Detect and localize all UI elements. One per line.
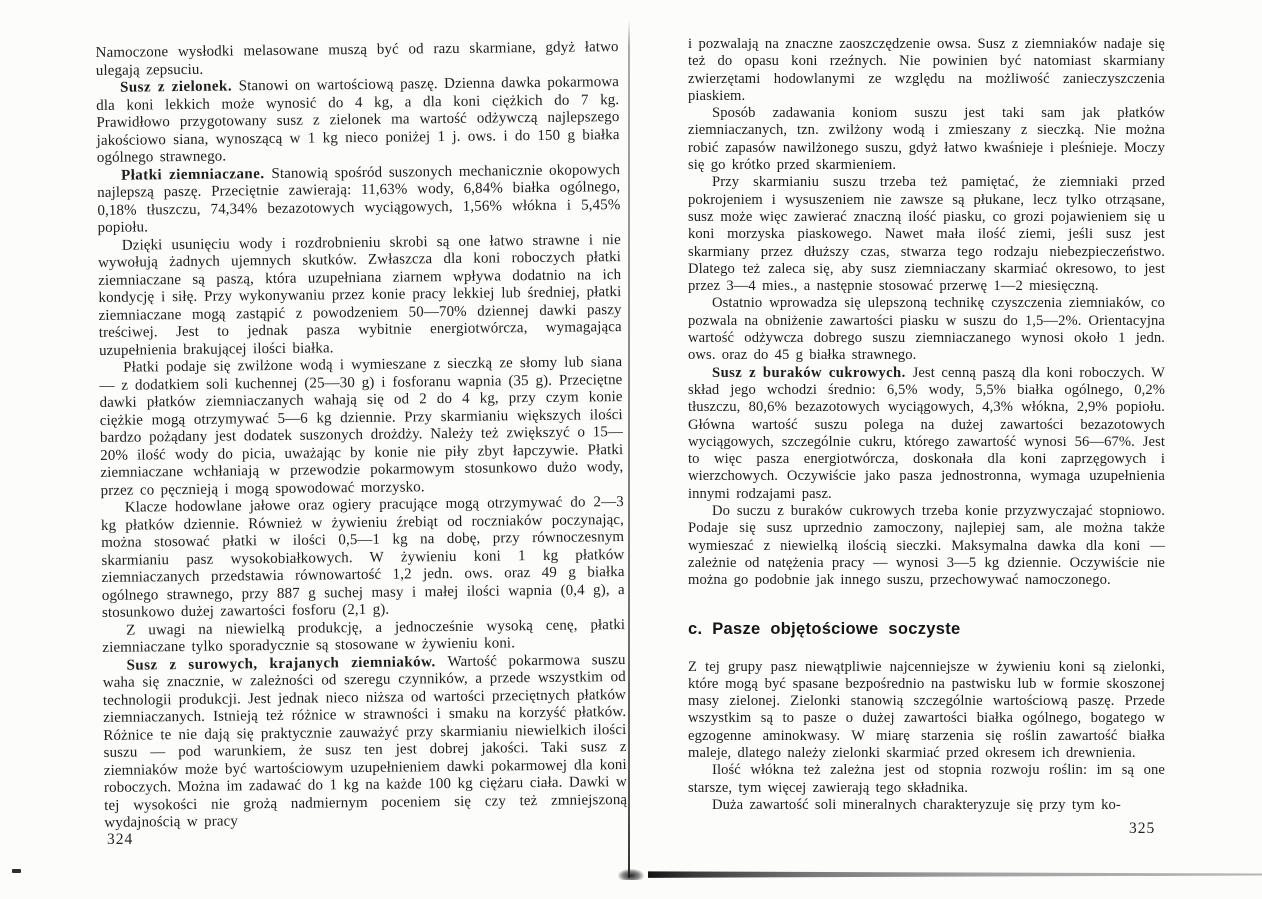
paragraph: Z tej grupy pasz niewątpliwie najcenniej… (688, 659, 1165, 763)
gutter-shadow-foot (618, 869, 644, 880)
paragraph: Ostatnio wprowadza się ulepszoną technik… (688, 295, 1165, 364)
paragraph-text: i pozwalają na znaczne zaoszczędzenie ow… (688, 36, 1165, 104)
paragraph: Ilość włókna też zależna jest od stopnia… (688, 762, 1165, 797)
paragraph-text: Dzięki usunięciu wody i rozdrobnieniu sk… (98, 232, 622, 359)
paragraph: Przy skarmianiu suszu trzeba też pamięta… (688, 174, 1165, 295)
paragraph-text: Jest cenną paszą dla koni roboczych. W s… (688, 365, 1165, 502)
paragraph: Susz z buraków cukrowych. Jest cenną pas… (688, 365, 1165, 503)
paragraph-text: Z tej grupy pasz niewątpliwie najcenniej… (688, 659, 1165, 761)
paragraph: Do suczu z buraków cukrowych trzeba koni… (688, 503, 1165, 589)
paragraph-text: Sposób zadawania koniom suszu jest taki … (688, 105, 1165, 173)
book-spread: Namoczone wysłodki melasowane muszą być … (0, 0, 1262, 899)
paragraph-text: Klacze hodowlane jałowe oraz ogiery prac… (101, 494, 625, 621)
paragraph-text: Płatki podaje się zwilżone wodą i wymies… (99, 354, 623, 498)
scan-stray-mark (12, 869, 21, 873)
paragraph: Susz z surowych, krajanych ziemniaków. W… (102, 652, 627, 833)
page-edge-shadow (648, 871, 1262, 878)
paragraph-text: Z uwagi na niewielką produkcję, a jednoc… (102, 617, 625, 656)
paragraph: Z uwagi na niewielką produkcję, a jednoc… (102, 617, 625, 658)
paragraph: Dzięki usunięciu wody i rozdrobnieniu sk… (98, 232, 622, 360)
paragraph-text: Przy skarmianiu suszu trzeba też pamięta… (688, 174, 1165, 294)
paragraph: Namoczone wysłodki melasowane muszą być … (96, 39, 619, 80)
paragraph-text: Namoczone wysłodki melasowane muszą być … (96, 39, 619, 78)
paragraph-text: Ilość włókna też zależna jest od stopnia… (688, 762, 1165, 795)
paragraph: Susz z zielonek. Stanowi on wartościową … (96, 74, 620, 167)
paragraph-text: Ostatnio wprowadza się ulepszoną technik… (688, 295, 1165, 363)
paragraph: Płatki podaje się zwilżone wodą i wymies… (99, 354, 624, 500)
paragraph-lead: Płatki ziemniaczane. (121, 166, 272, 184)
paragraph: Płatki ziemniaczane. Stanowią spośród su… (97, 162, 621, 238)
paragraph: Sposób zadawania koniom suszu jest taki … (688, 105, 1165, 174)
paragraph-lead: Susz z surowych, krajanych ziemniaków. (126, 654, 447, 674)
paragraph-lead: Susz z zielonek. (120, 78, 239, 95)
paragraph-text: Duża zawartość soli mineralnych charakte… (712, 797, 1121, 813)
paragraph: Duża zawartość soli mineralnych charakte… (688, 797, 1165, 814)
section-heading: c. Pasze objętościowe soczyste (688, 620, 1165, 639)
gutter-shadow-line (628, 20, 630, 878)
page-number-left: 324 (107, 831, 133, 849)
right-page: i pozwalają na znaczne zaoszczędzenie ow… (688, 36, 1165, 814)
page-number-right: 325 (1129, 820, 1155, 838)
paragraph: i pozwalają na znaczne zaoszczędzenie ow… (688, 36, 1165, 105)
paragraph-lead: Susz z buraków cukrowych. (712, 365, 913, 381)
paragraph-text: Wartość pokarmowa suszu waha się znaczni… (103, 652, 628, 831)
paragraph: Klacze hodowlane jałowe oraz ogiery prac… (101, 494, 625, 622)
left-page: Namoczone wysłodki melasowane muszą być … (96, 39, 628, 832)
paragraph-text: Do suczu z buraków cukrowych trzeba koni… (688, 503, 1165, 588)
